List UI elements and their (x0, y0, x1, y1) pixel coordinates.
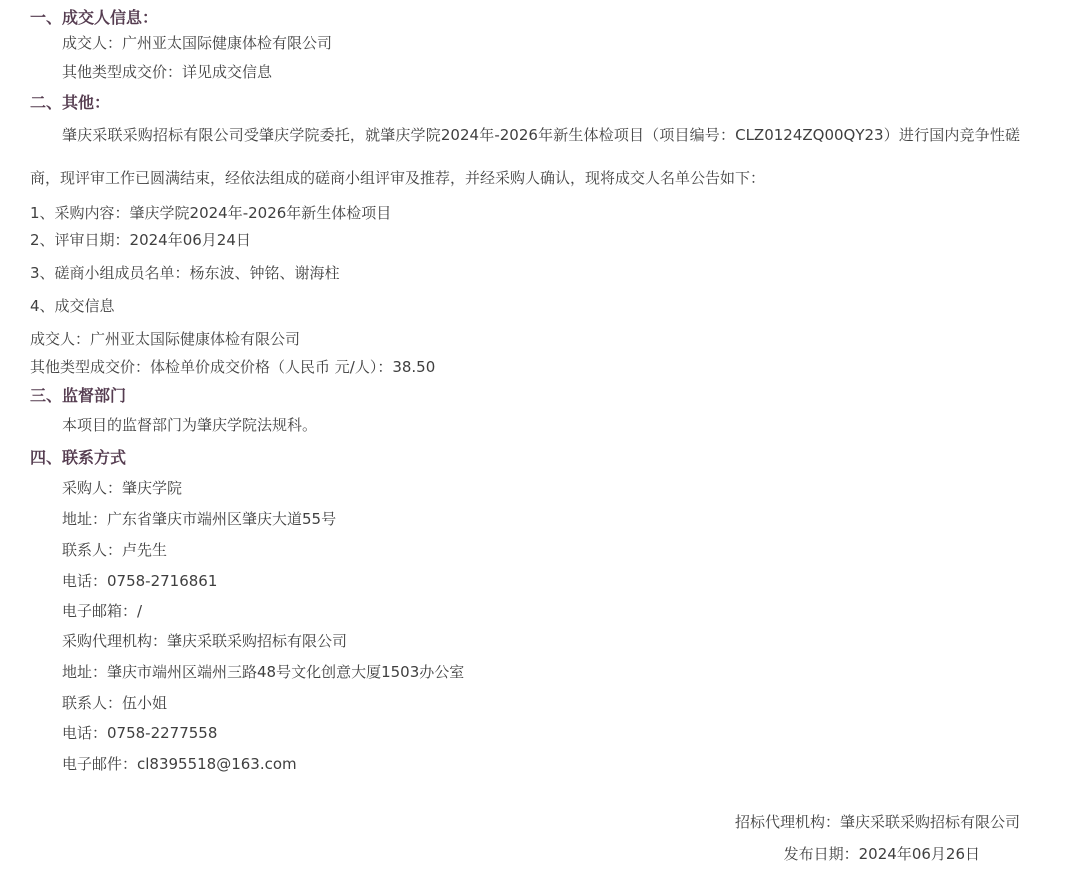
panel-members-line: 3、磋商小组成员名单：杨东波、钟铭、谢海柱 (30, 264, 340, 282)
section-2-heading: 二、其他： (30, 93, 110, 112)
supervision-body: 本项目的监督部门为肇庆学院法规科。 (62, 416, 317, 434)
intro-paragraph: 肇庆采联采购招标有限公司受肇庆学院委托，就肇庆学院2024年-2026年新生体检… (30, 114, 1020, 200)
purchaser-phone-line: 电话：0758-2716861 (62, 572, 217, 590)
price-type-line: 其他类型成交价：详见成交信息 (62, 63, 272, 81)
agency-address-line: 地址：肇庆市端州区端州三路48号文化创意大厦1503办公室 (62, 663, 464, 681)
purchaser-contact-line: 联系人：卢先生 (62, 541, 167, 559)
announcement-page: 一、成交人信息： 成交人：广州亚太国际健康体检有限公司 其他类型成交价：详见成交… (0, 0, 1080, 870)
awardee-line: 成交人：广州亚太国际健康体检有限公司 (30, 330, 300, 348)
review-date-line: 2、评审日期：2024年06月24日 (30, 231, 251, 249)
agency-contact-line: 联系人：伍小姐 (62, 694, 167, 712)
winner-line: 成交人：广州亚太国际健康体检有限公司 (62, 34, 332, 52)
section-1-heading: 一、成交人信息： (30, 8, 158, 27)
award-info-line: 4、成交信息 (30, 297, 115, 315)
award-price-line: 其他类型成交价：体检单价成交价格（人民币 元/人）：38.50 (30, 358, 435, 376)
footer-date-line: 发布日期：2024年06月26日 (784, 845, 980, 863)
purchase-content-line: 1、采购内容：肇庆学院2024年-2026年新生体检项目 (30, 204, 391, 222)
agency-phone-line: 电话：0758-2277558 (62, 724, 217, 742)
purchaser-line: 采购人：肇庆学院 (62, 479, 182, 497)
purchaser-address-line: 地址：广东省肇庆市端州区肇庆大道55号 (62, 510, 336, 528)
agency-line: 采购代理机构：肇庆采联采购招标有限公司 (62, 632, 347, 650)
purchaser-email-line: 电子邮箱：/ (62, 602, 142, 620)
agency-email-line: 电子邮件：cl8395518@163.com (62, 755, 297, 773)
section-3-heading: 三、监督部门 (30, 386, 126, 405)
section-4-heading: 四、联系方式 (30, 448, 126, 467)
footer-agency-line: 招标代理机构：肇庆采联采购招标有限公司 (735, 813, 1020, 831)
